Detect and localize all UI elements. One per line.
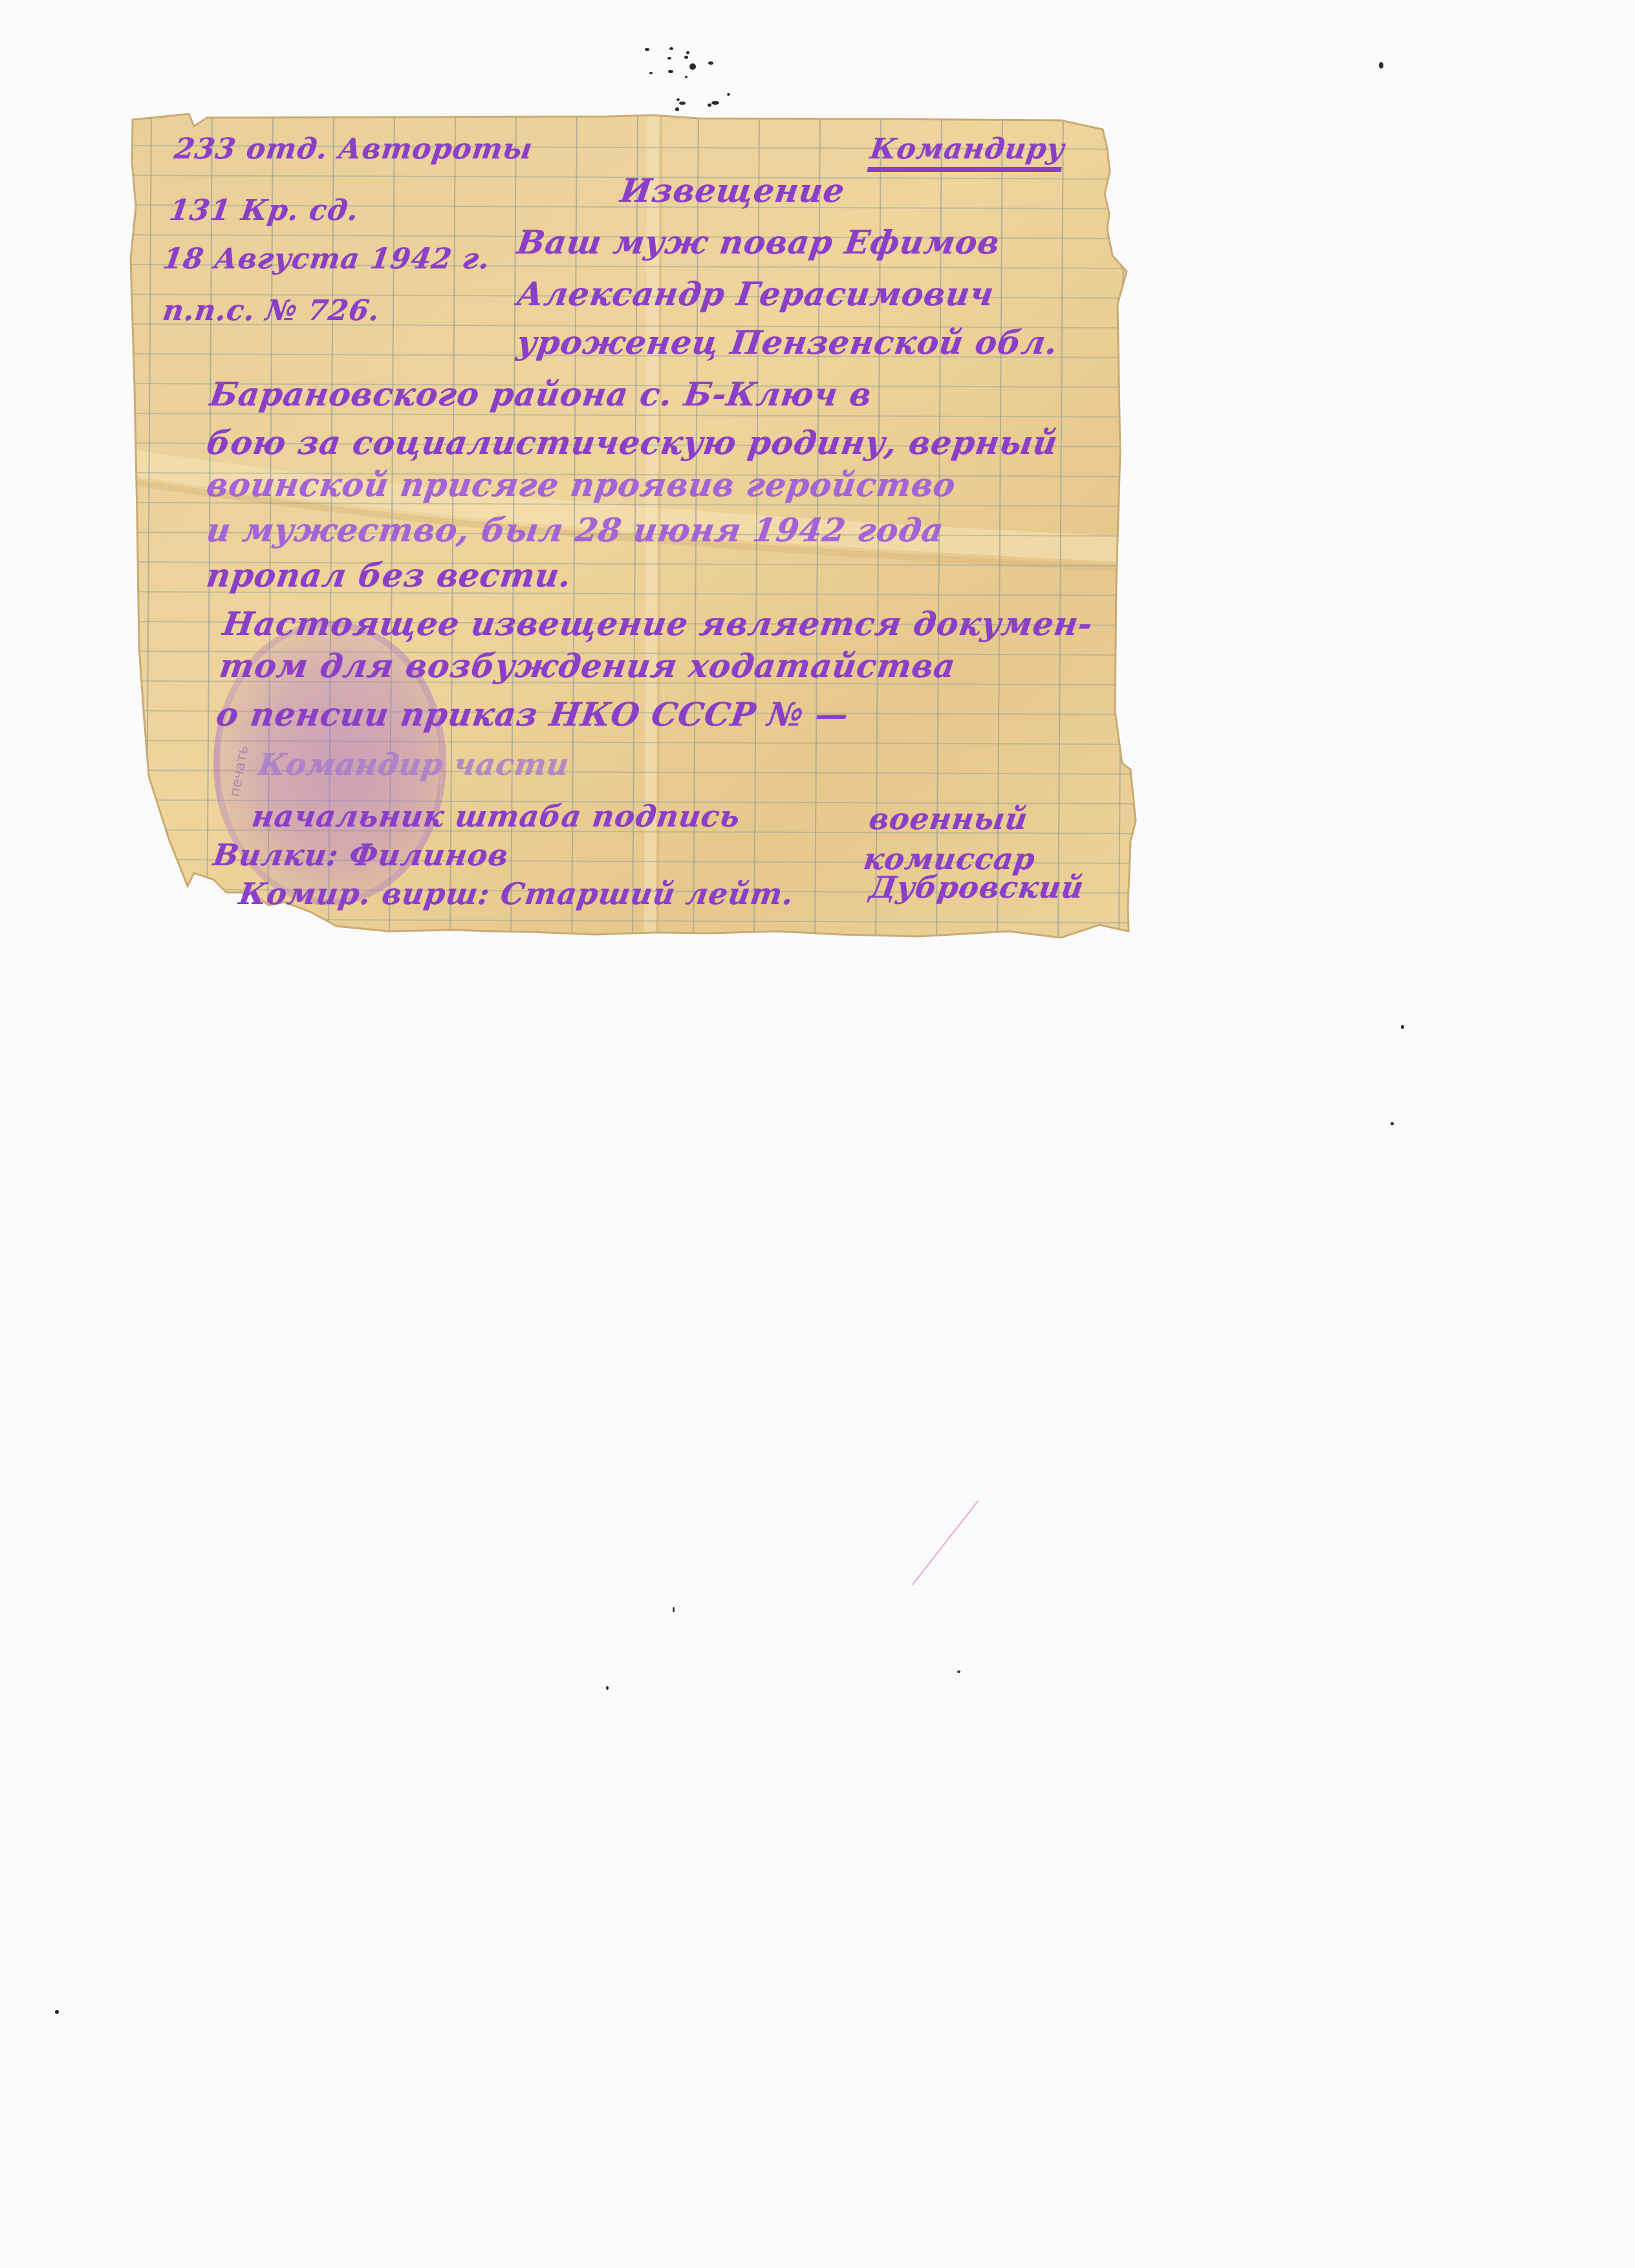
body-line: Александр Герасимович <box>515 275 997 313</box>
document-title: Извещение <box>618 171 847 210</box>
speck <box>1401 1025 1404 1029</box>
speck <box>668 70 673 73</box>
speck <box>708 103 711 107</box>
speck <box>1391 1122 1394 1125</box>
body-line: воинской присяге проявив геройство <box>204 466 958 504</box>
body-line: Настоящее извещение является докумен- <box>221 605 1095 643</box>
speck <box>684 56 688 59</box>
body-line: пропал без вести. <box>204 556 574 594</box>
header-date: 18 Августа 1942 г. <box>160 243 492 275</box>
commissar-title: военный комиссар <box>861 799 1085 879</box>
body-line: Ваш муж повар Ефимов <box>515 223 1002 261</box>
chief-of-staff-name: Вилки: Филинов <box>211 837 511 872</box>
speck <box>708 61 713 65</box>
speck <box>669 47 673 50</box>
speck <box>727 93 730 96</box>
speck <box>711 101 719 105</box>
speck <box>689 63 696 70</box>
speck <box>685 76 688 78</box>
speck <box>1379 62 1383 69</box>
header-field-post: п.п.с. № 726. <box>160 294 382 327</box>
scanned-page: печать 233 отд. Автороты 131 Кр. сд. 18 … <box>0 0 1635 2268</box>
body-line: о пенсии приказ НКО СССР № — <box>214 695 851 733</box>
body-line: бою за социалистическую родину, верный <box>204 424 1060 462</box>
speck <box>673 1607 675 1612</box>
speck <box>957 1670 960 1673</box>
speck <box>649 72 653 74</box>
speck <box>679 102 686 105</box>
header-unit: 233 отд. Автороты <box>172 133 535 166</box>
body-line: уроженец Пензенской обл. <box>515 323 1061 362</box>
speck <box>645 48 649 51</box>
chief-of-staff-line: начальник штаба подпись <box>250 799 742 834</box>
speck <box>606 1686 609 1690</box>
stamp-caption: Командир части <box>256 747 572 782</box>
body-line: том для возбуждения ходатайства <box>217 647 958 685</box>
speck <box>55 2010 59 2014</box>
commander-line: Комир. вирш: Старший лейт. <box>237 876 796 911</box>
paper-sheet: печать 233 отд. Автороты 131 Кр. сд. 18 … <box>0 0 1635 2268</box>
body-line: и мужество, был 28 июня 1942 года <box>204 511 946 549</box>
addressee: Командиру <box>867 133 1067 172</box>
body-line: Барановского района с. Б-Ключ в <box>208 375 874 413</box>
speck <box>667 57 671 59</box>
speck <box>675 107 679 111</box>
header-division: 131 Кр. сд. <box>167 194 360 227</box>
speck <box>686 51 689 54</box>
commissar-signature: Дубровский <box>867 870 1086 905</box>
speck <box>677 98 680 101</box>
